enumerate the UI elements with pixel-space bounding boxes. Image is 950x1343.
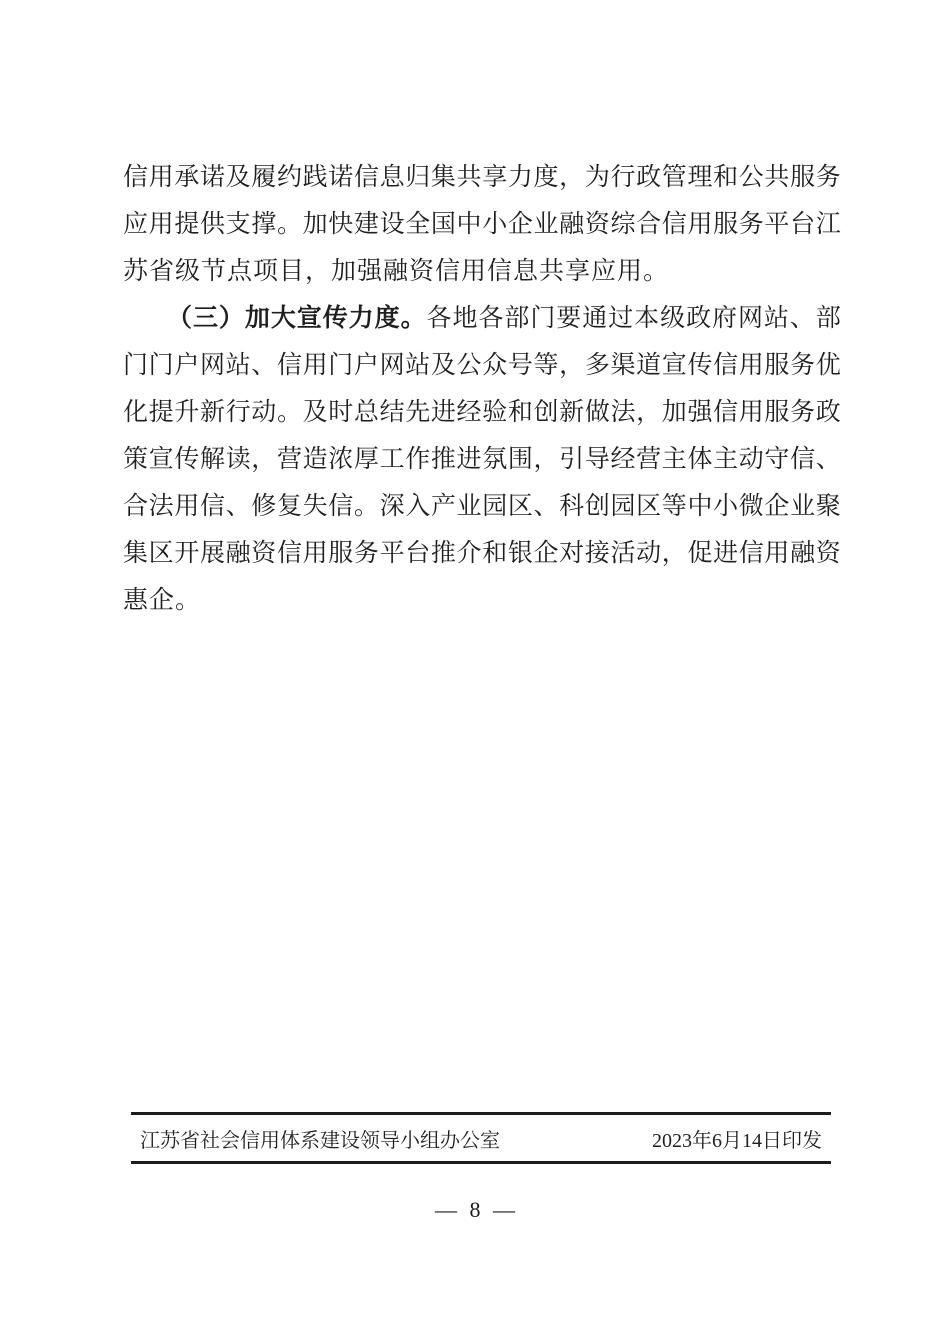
text-line: 信用承诺及履约践诺信息归集共享力度，为行政管理和公共服务 [123,151,841,198]
issuing-office: 江苏省社会信用体系建设领导小组办公室 [140,1124,500,1153]
text-line: 惠企。 [123,574,841,621]
print-date: 2023年6月14日印发 [652,1124,822,1153]
paragraph-heading-line: （三）加大宣传力度。各地各部门要通过本级政府网站、部 [123,292,841,339]
text-line: 化提升新行动。及时总结先进经验和创新做法，加强信用服务政 [123,386,841,433]
text-line: 苏省级节点项目，加强融资信用信息共享应用。 [123,245,841,292]
page-number: — 8 — [0,1197,950,1223]
text-line: 合法用信、修复失信。深入产业园区、科创园区等中小微企业聚 [123,480,841,527]
body-text: 信用承诺及履约践诺信息归集共享力度，为行政管理和公共服务 应用提供支撑。加快建设… [123,151,841,621]
text-line: 门门户网站、信用门户网站及公众号等，多渠道宣传信用服务优 [123,339,841,386]
colophon-bar: 江苏省社会信用体系建设领导小组办公室 2023年6月14日印发 [131,1112,831,1164]
text-line: 策宣传解读，营造浓厚工作推进氛围，引导经营主体主动守信、 [123,433,841,480]
text-line: 应用提供支撑。加快建设全国中小企业融资综合信用服务平台江 [123,198,841,245]
document-page: 信用承诺及履约践诺信息归集共享力度，为行政管理和公共服务 应用提供支撑。加快建设… [0,0,950,1343]
text-line: 集区开展融资信用服务平台推介和银企对接活动，促进信用融资 [123,527,841,574]
